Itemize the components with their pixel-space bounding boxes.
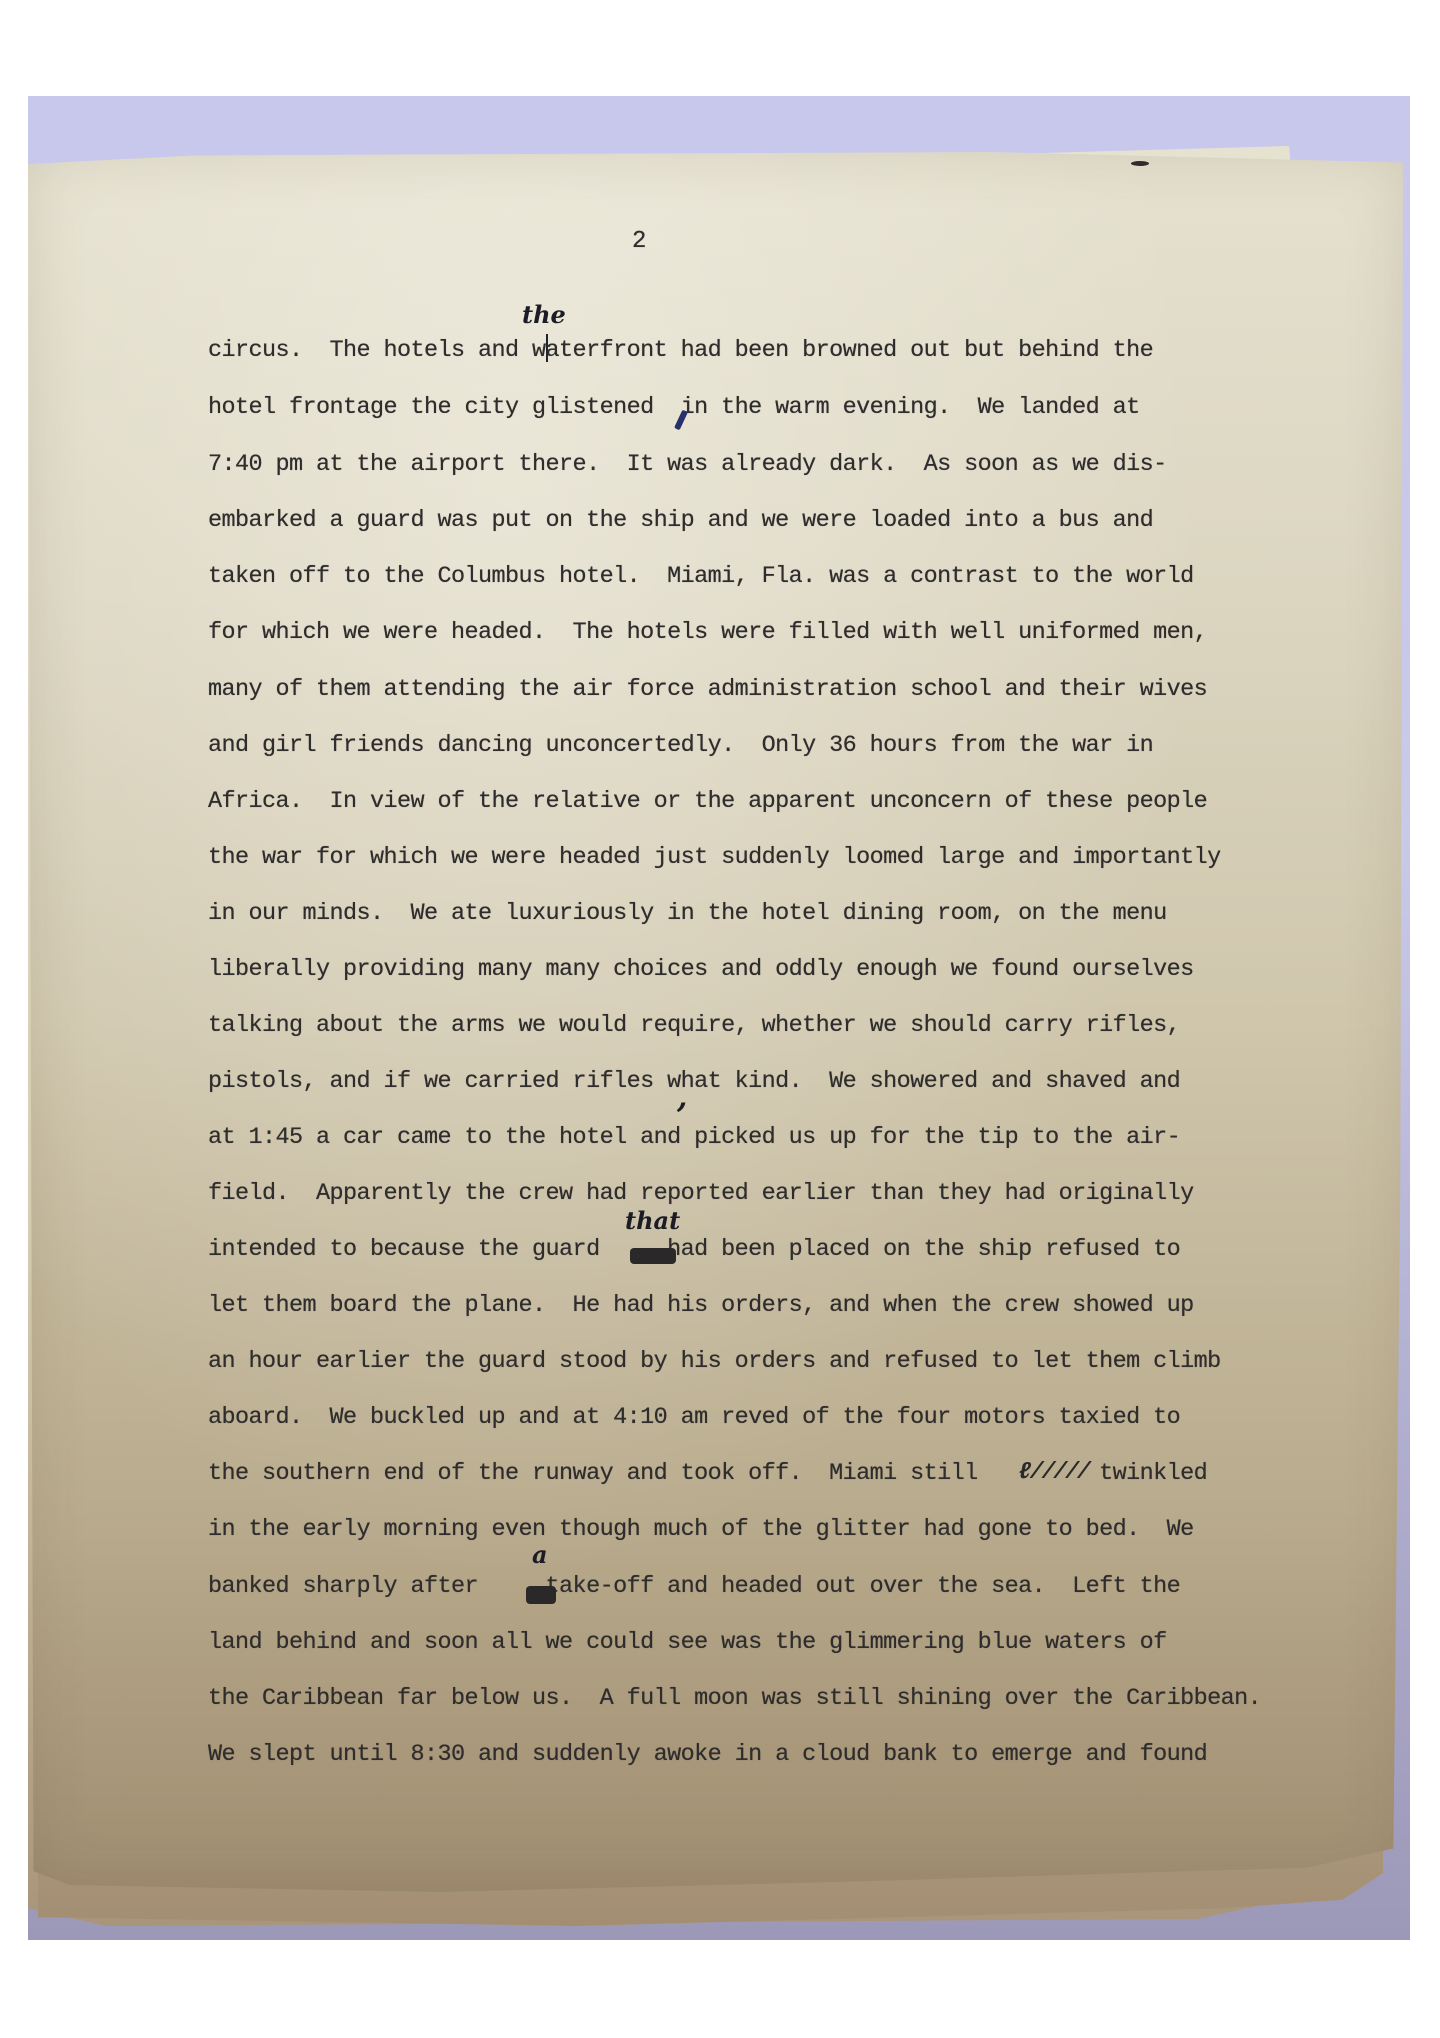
text-line: the war for which we were headed just su… <box>208 844 1221 871</box>
text-line: in our minds. We ate luxuriously in the … <box>208 900 1167 927</box>
handwritten-insertion: that <box>625 1206 680 1235</box>
text-line: intended to because the guard had been p… <box>208 1236 1180 1263</box>
text-line: 7:40 pm at the airport there. It was alr… <box>208 451 1167 478</box>
text-line: circus. The hotels and waterfront had be… <box>208 337 1153 364</box>
text-line: We slept until 8:30 and suddenly awoke i… <box>208 1741 1207 1768</box>
handwritten-insertion: the <box>522 300 566 329</box>
text-line: banked sharply after take-off and headed… <box>208 1573 1180 1600</box>
text-line: an hour earlier the guard stood by his o… <box>208 1348 1221 1375</box>
text-line: field. Apparently the crew had reported … <box>208 1180 1194 1207</box>
insertion-caret <box>546 334 548 362</box>
text-line: land behind and soon all we could see wa… <box>208 1629 1167 1656</box>
text-line: let them board the plane. He had his ord… <box>208 1292 1194 1319</box>
text-line: for which we were headed. The hotels wer… <box>208 619 1207 646</box>
text-line: liberally providing many many choices an… <box>208 956 1194 983</box>
struck-out-word: ℓ///// <box>1018 1459 1089 1485</box>
text-line: aboard. We buckled up and at 4:10 am rev… <box>208 1404 1180 1431</box>
ink-speck <box>1131 161 1149 166</box>
text-line: talking about the arms we would require,… <box>208 1012 1180 1039</box>
text-line: embarked a guard was put on the ship and… <box>208 507 1153 534</box>
text-line: at 1:45 a car came to the hotel and pick… <box>208 1124 1180 1151</box>
text-line: many of them attending the air force adm… <box>208 676 1207 703</box>
struck-word-blot <box>630 1248 676 1264</box>
text-line: pistols, and if we carried rifles what k… <box>208 1068 1180 1095</box>
text-line: in the early morning even though much of… <box>208 1516 1194 1543</box>
text-line: Africa. In view of the relative or the a… <box>208 788 1207 815</box>
text-line: hotel frontage the city glistened in the… <box>208 394 1140 421</box>
struck-word-blot <box>526 1586 556 1604</box>
text-line: and girl friends dancing unconcertedly. … <box>208 732 1153 759</box>
page-number: 2 <box>632 228 646 255</box>
handwritten-insertion: a <box>532 1540 548 1569</box>
handwritten-comma: , <box>677 1080 687 1115</box>
text-line: taken off to the Columbus hotel. Miami, … <box>208 563 1194 590</box>
text-line: the Caribbean far below us. A full moon … <box>208 1685 1261 1712</box>
